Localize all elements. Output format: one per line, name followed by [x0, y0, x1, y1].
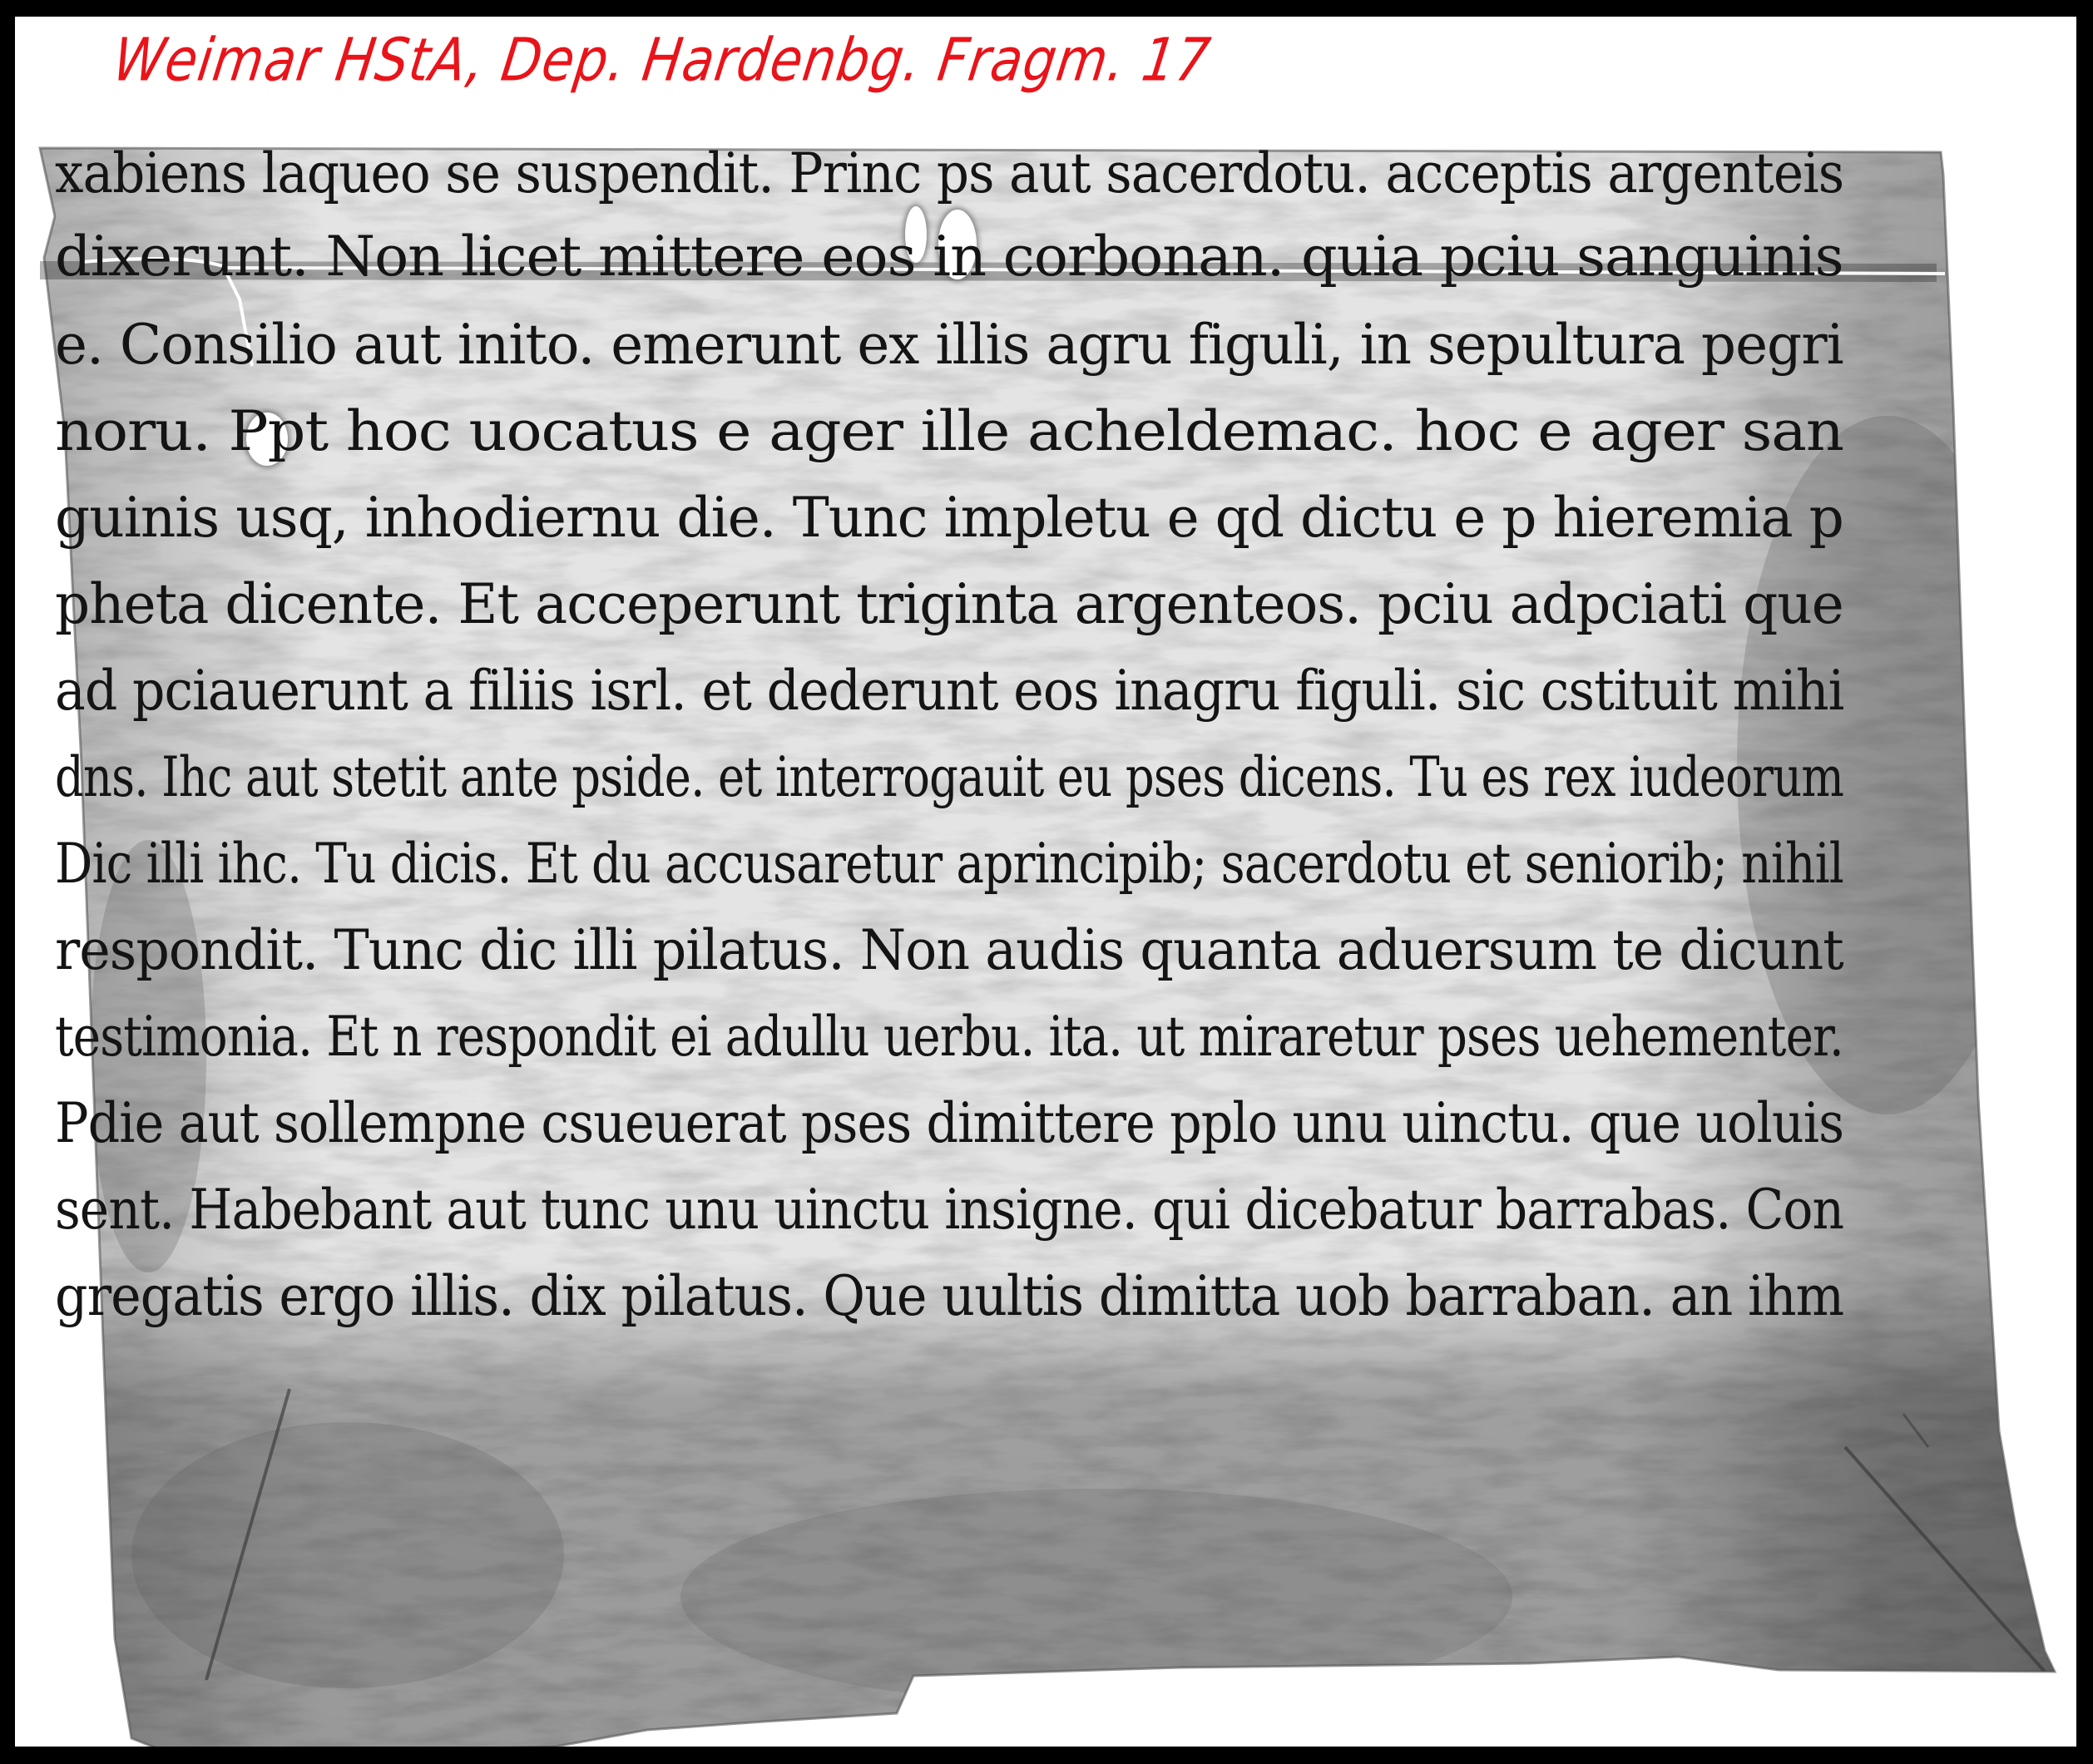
- manuscript-line: ad pciauerunt a filiis isrl. et dederunt…: [55, 659, 1843, 742]
- manuscript-line: pheta dicente. Et acceperunt triginta ar…: [55, 572, 1843, 655]
- manuscript-line: xabiens laqueo se suspendit. Princ ps au…: [55, 141, 1843, 225]
- manuscript-line: Dic illi ihc. Tu dicis. Et du accusaretu…: [55, 832, 1843, 915]
- manuscript-line: Pdie aut sollempne csueuerat pses dimitt…: [55, 1091, 1843, 1174]
- manuscript-line: respondit. Tunc dic illi pilatus. Non au…: [55, 918, 1843, 1001]
- manuscript-line: e. Consilio aut inito. emerunt ex illis …: [55, 313, 1843, 396]
- manuscript-line: gregatis ergo illis. dix pilatus. Que uu…: [55, 1264, 1843, 1347]
- manuscript-line: dixerunt. Non licet mittere eos in corbo…: [55, 225, 1843, 308]
- photo-page: Weimar HStA, Dep. Hardenbg. Fragm. 17: [15, 17, 2076, 1747]
- manuscript-line: noru. Ppt hoc uocatus e ager ille acheld…: [55, 399, 1843, 482]
- manuscript-line: dns. Ihc aut stetit ante pside. et inter…: [55, 745, 1843, 828]
- manuscript-line: guinis usq, inhodiernu die. Tunc impletu…: [55, 486, 1843, 569]
- manuscript-line: sent. Habebant aut tunc unu uinctu insig…: [55, 1178, 1843, 1261]
- manuscript-line: testimonia. Et n respondit ei adullu uer…: [55, 1005, 1843, 1088]
